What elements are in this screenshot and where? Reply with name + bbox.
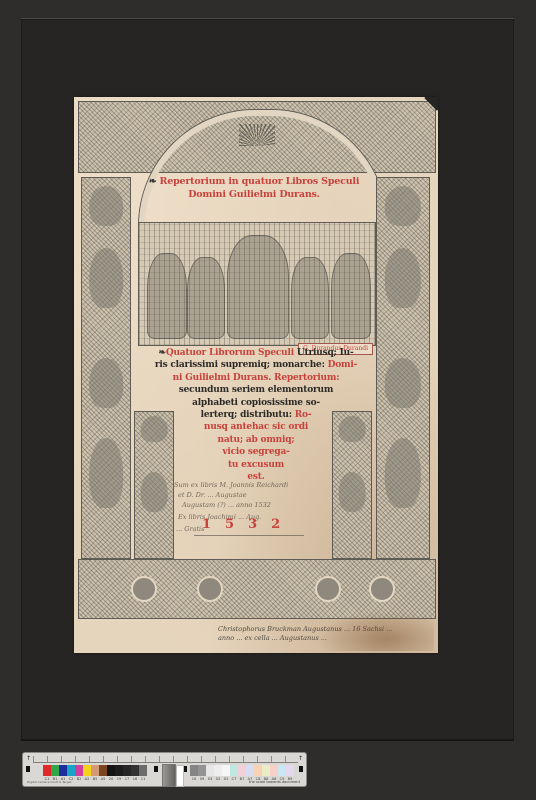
text-segment: ris clarissimi supremiq; monarche:: [155, 360, 328, 370]
printed-year: 1532: [202, 517, 294, 532]
column-ornament: [385, 358, 421, 408]
patch-label: 11: [139, 777, 147, 781]
patch-label: 17: [123, 777, 131, 781]
color-patch: [222, 765, 230, 776]
patch-label: 16: [131, 777, 139, 781]
frieze-roundel: [197, 576, 223, 602]
title-line-2: Domini Guilielmi Durans.: [136, 188, 372, 201]
color-patch: [115, 765, 123, 776]
seated-figure: [291, 257, 329, 339]
seated-figure: [147, 253, 187, 339]
column-ornament: [89, 248, 123, 308]
color-patch: [230, 765, 238, 776]
patch-label: A2: [83, 777, 91, 781]
handwritten-note: Sum ex libris M. Joannis Reichardi: [174, 481, 288, 489]
color-patch: [43, 765, 51, 776]
patch-label: C7: [230, 777, 238, 781]
text-segment: Domi-: [328, 360, 358, 370]
text-segment: Utriusq; Iu-: [294, 348, 354, 358]
frieze-roundel: [131, 576, 157, 602]
ruler-scale: [33, 756, 298, 763]
text-line: ris clarissimi supremiq; monarche: Domi-: [138, 359, 374, 371]
seated-figure: [331, 253, 371, 339]
patch-label: 09: [198, 777, 206, 781]
column-ornament: [89, 438, 123, 508]
registration-mark: [26, 766, 30, 772]
patch-label: B5: [91, 777, 99, 781]
color-patch: [59, 765, 67, 776]
column-ornament: [89, 186, 123, 226]
color-patch: [246, 765, 254, 776]
color-patches-right: [190, 765, 294, 776]
color-patch: [270, 765, 278, 776]
text-line: vicio segrega-: [138, 446, 374, 458]
text-line: secundum seriem elementorum: [138, 384, 374, 396]
text-segment: lerterq; distributu:: [201, 410, 295, 420]
seated-figure: [187, 257, 225, 339]
text-line: tu excusum: [138, 459, 374, 471]
color-patch: [123, 765, 131, 776]
right-column-woodcut-border: [376, 177, 430, 559]
color-patch: [206, 765, 214, 776]
strikethrough-line: [194, 535, 304, 536]
enthroned-figure: [227, 235, 289, 339]
color-patch: [238, 765, 246, 776]
frieze-roundel: [315, 576, 341, 602]
text-line: alphabeti copiosissime so-: [138, 397, 374, 409]
color-patch: [67, 765, 75, 776]
handwritten-note: Augustam (?) ... anno 1532: [182, 501, 271, 509]
title-body-text: ❧Quatuor Librorum Speculi Utriusq; Iu- r…: [138, 347, 374, 483]
patch-label: 10: [190, 777, 198, 781]
bottom-frieze-woodcut: [78, 559, 436, 619]
registration-mark: [299, 766, 303, 772]
color-patch: [198, 765, 206, 776]
arrow-up-icon: ↑: [298, 755, 303, 762]
fleuron-icon: ❧: [149, 176, 157, 187]
color-patch: [278, 765, 286, 776]
text-line: ni Guilielmi Durans. Repertorium:: [138, 372, 374, 384]
handwritten-note: et D. Dr. ... Augustae: [178, 491, 247, 499]
patch-label: 01: [222, 777, 230, 781]
patch-label: A5: [99, 777, 107, 781]
text-segment: Ro-: [295, 410, 312, 420]
patch-label: 02: [214, 777, 222, 781]
color-patch: [91, 765, 99, 776]
patch-label: 20: [107, 777, 115, 781]
gray-wedge: [162, 764, 176, 787]
color-patch: [254, 765, 262, 776]
column-ornament: [89, 358, 123, 408]
registration-mark: [154, 766, 158, 772]
patch-label: 19: [115, 777, 123, 781]
arrow-up-icon: ↑: [26, 755, 31, 762]
color-patch: [214, 765, 222, 776]
text-line: natu; ab omniq;: [138, 434, 374, 446]
color-patch: [262, 765, 270, 776]
title-page: ❧Repertorium in quatuor Libros Speculi D…: [74, 97, 438, 653]
text-segment: Quatuor Librorum Speculi: [166, 348, 294, 358]
color-calibration-target: ↑ ↑ C1B1A1C2B2A2B5A52019171611 100903020…: [23, 753, 306, 786]
handwritten-note: ... Gratis: [176, 525, 204, 533]
text-line: ❧Quatuor Librorum Speculi Utriusq; Iu-: [138, 347, 374, 359]
column-ornament: [385, 248, 421, 308]
column-ornament: [385, 438, 421, 508]
color-patch: [107, 765, 115, 776]
red-title: ❧Repertorium in quatuor Libros Speculi D…: [136, 175, 372, 201]
patch-label: 03: [206, 777, 214, 781]
top-arch-woodcut-border: [78, 101, 436, 173]
color-patch: [83, 765, 91, 776]
color-patch: [51, 765, 59, 776]
left-column-woodcut-border: [81, 177, 131, 559]
color-patch: [99, 765, 107, 776]
fleuron-icon: ❧: [158, 348, 165, 358]
frieze-roundel: [369, 576, 395, 602]
sunburst-ornament: [239, 124, 275, 146]
color-patch: [75, 765, 83, 776]
color-patches-left: [43, 765, 147, 776]
color-patch: [131, 765, 139, 776]
target-note: the scale towards document: [249, 780, 300, 784]
color-patch: [139, 765, 147, 776]
column-ornament: [385, 186, 421, 226]
court-scene-woodcut: G. Durandus Durandi: [138, 222, 376, 346]
patch-label: B2: [75, 777, 83, 781]
wedge-label: [176, 765, 184, 787]
color-patch: [286, 765, 294, 776]
text-line: lerterq; distributu: Ro-: [138, 409, 374, 421]
color-patch: [190, 765, 198, 776]
patch-label: B7: [238, 777, 246, 781]
title-line-1: Repertorium in quatuor Libros Speculi: [160, 176, 360, 187]
text-line: nusq antehac sic ordi: [138, 421, 374, 433]
water-stain: [314, 611, 434, 651]
target-footer: Digital Camera Control Target: [27, 780, 72, 784]
